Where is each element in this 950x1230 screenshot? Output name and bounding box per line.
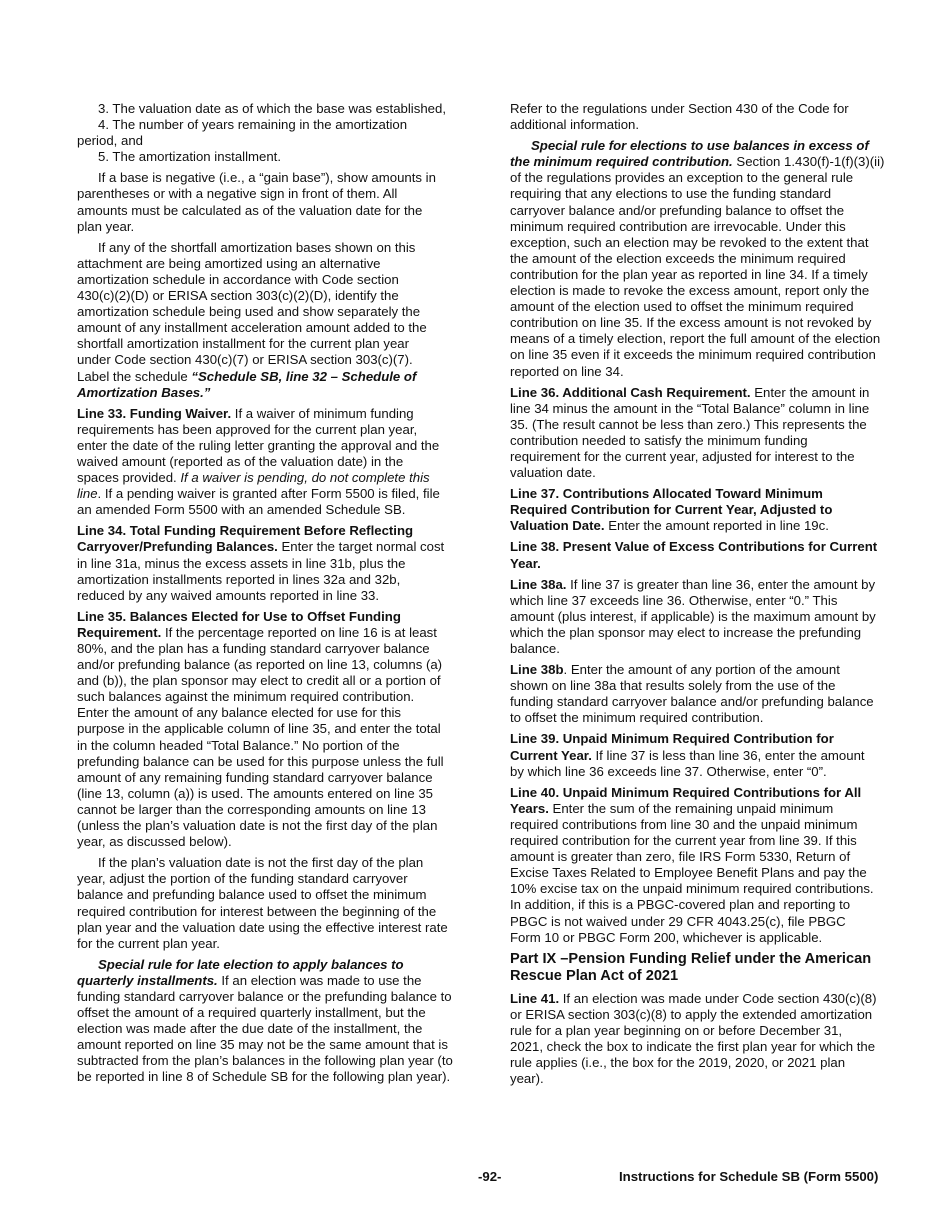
text-line: means of a timely election, report the f…	[510, 331, 920, 347]
text-line: amortization installments reported in li…	[77, 572, 487, 588]
text-line: which line 37 exceeds line 36. Otherwise…	[510, 593, 920, 609]
text-run: If an election was made to use the	[218, 973, 422, 988]
text-line: subtracted from the plan’s balances in t…	[77, 1053, 487, 1069]
text-run: If line 37 is greater than line 36, ente…	[566, 577, 875, 592]
line-41-heading: Line 41.	[510, 991, 559, 1006]
text-line: balance.	[510, 641, 920, 657]
text-line: amount of any remaining funding standard…	[77, 770, 487, 786]
text-line: enter the date of the ruling letter gran…	[77, 438, 487, 454]
text-line: be reported in line 8 of Schedule SB for…	[77, 1069, 487, 1085]
list-item: 5. The amortization installment.	[77, 149, 487, 165]
text-line: If a base is negative (i.e., a “gain bas…	[77, 170, 487, 186]
line-34-section: Line 34. Total Funding Requirement Befor…	[77, 523, 487, 603]
text-line: rule for a plan year beginning on or bef…	[510, 1023, 920, 1039]
text-line: line 34 minus the amount in the “Total B…	[510, 401, 920, 417]
line-38-heading: Line 38. Present Value of Excess Contrib…	[510, 539, 920, 555]
line-38b-heading: Line 38b	[510, 662, 564, 677]
text-run: Enter the sum of the remaining unpaid mi…	[549, 801, 833, 816]
amortization-list: 3. The valuation date as of which the ba…	[77, 101, 487, 165]
text-run: Section 1.430(f)-1(f)(3)(ii)	[733, 154, 885, 169]
text-line: attachment are being amortized using an …	[77, 256, 487, 272]
text-line: an amended Form 5500 with an amended Sch…	[77, 502, 487, 518]
line-35-section: Line 35. Balances Elected for Use to Off…	[77, 609, 487, 850]
text-line: 430(c)(2)(D) or ERISA section 303(c)(2)(…	[77, 288, 487, 304]
text-line: of the regulations provides an exception…	[510, 170, 920, 186]
text-line: requirements has been approved for the c…	[77, 422, 487, 438]
text-line: the amount of the election exceeds the m…	[510, 251, 920, 267]
text-line: (unless the plan’s valuation date is not…	[77, 818, 487, 834]
text-line: for the current plan year.	[77, 936, 487, 952]
alternative-schedule-paragraph: If any of the shortfall amortization bas…	[77, 240, 487, 401]
late-election-heading: Special rule for late election to apply …	[77, 957, 487, 973]
text-line: which the plan sponsor may elect to incr…	[510, 625, 920, 641]
text-line: reduced by any waived amounts reported i…	[77, 588, 487, 604]
text-line: Excise Taxes Related to Employee Benefit…	[510, 865, 920, 881]
text-line: spaces provided. If a waiver is pending,…	[77, 470, 487, 486]
line-37-heading: Required Contribution for Current Year, …	[510, 502, 920, 518]
late-election-section: Special rule for late election to apply …	[77, 957, 487, 1086]
text-line: Line 36. Additional Cash Requirement. En…	[510, 385, 920, 401]
text-run: Enter the target normal cost	[278, 539, 444, 554]
text-line: contribution on line 35. If the excess a…	[510, 315, 920, 331]
text-line: amount (plus interest, if applicable) is…	[510, 609, 920, 625]
text-run: If line 37 is less than line 36, enter t…	[592, 748, 865, 763]
text-run: If a waiver of minimum funding	[231, 406, 414, 421]
text-line: exception, such an election may be revok…	[510, 235, 920, 251]
text-line: Years. Enter the sum of the remaining un…	[510, 801, 920, 817]
line-36-heading: Line 36. Additional Cash Requirement.	[510, 385, 751, 400]
text-line: amount is greater than zero, file IRS Fo…	[510, 849, 920, 865]
text-line: in the column headed “Total Balance.” No…	[77, 738, 487, 754]
list-item: 4. The number of years remaining in the …	[77, 117, 487, 133]
line-37-section: Line 37. Contributions Allocated Toward …	[510, 486, 920, 534]
text-line: waived amount (reported as of the valuat…	[77, 454, 487, 470]
text-line: election was made after the due date of …	[77, 1021, 487, 1037]
text-line: 2021, check the box to indicate the firs…	[510, 1039, 920, 1055]
text-line: the minimum required contribution. Secti…	[510, 154, 920, 170]
excess-election-heading: the minimum required contribution.	[510, 154, 733, 169]
text-line: election is made to revoke the excess am…	[510, 283, 920, 299]
excess-election-heading: Special rule for elections to use balanc…	[510, 138, 920, 154]
text-line: amount of any installment acceleration a…	[77, 320, 487, 336]
text-line: PBGC is not waived under 29 CFR 4043.25(…	[510, 914, 920, 930]
text-line: 80%, and the plan has a funding standard…	[77, 641, 487, 657]
text-run: If an election was made under Code secti…	[559, 991, 876, 1006]
line-38a-heading: Line 38a.	[510, 577, 566, 592]
text-line: year).	[510, 1071, 920, 1087]
valuation-date-paragraph: If the plan’s valuation date is not the …	[77, 855, 487, 952]
line-34-heading: Line 34. Total Funding Requirement Befor…	[77, 523, 487, 539]
line-38b-section: Line 38b. Enter the amount of any portio…	[510, 662, 920, 726]
text-line: year, as discussed below).	[77, 834, 487, 850]
schedule-label-prefix: Label the schedule	[77, 369, 191, 384]
text-run: . Enter the amount of any portion of the…	[564, 662, 840, 677]
text-line: year, adjust the portion of the funding …	[77, 871, 487, 887]
schedule-label-name: “Schedule SB, line 32 – Schedule of	[191, 369, 416, 384]
text-line: and/or prefunding balance (as reported o…	[77, 657, 487, 673]
text-run: spaces provided.	[77, 470, 180, 485]
text-line: amounts must be calculated as of the val…	[77, 203, 487, 219]
text-line: offset the amount of a required quarterl…	[77, 1005, 487, 1021]
text-line: or ERISA section 303(c)(8) to apply the …	[510, 1007, 920, 1023]
text-line: If the plan’s valuation date is not the …	[77, 855, 487, 871]
text-line: 10% excise tax on the unpaid minimum req…	[510, 881, 920, 897]
text-line: contribution for the plan year as report…	[510, 267, 920, 283]
gain-base-paragraph: If a base is negative (i.e., a “gain bas…	[77, 170, 487, 234]
text-line: amortization schedule being used and sho…	[77, 304, 487, 320]
excess-election-section: Special rule for elections to use balanc…	[510, 138, 920, 379]
text-line: Line 38a. If line 37 is greater than lin…	[510, 577, 920, 593]
text-line: funding standard carryover balance and/o…	[510, 694, 920, 710]
text-line: rule applies (i.e., the box for the 2019…	[510, 1055, 920, 1071]
line-38-section: Line 38. Present Value of Excess Contrib…	[510, 539, 920, 571]
text-run: Enter the amount reported in line 19c.	[605, 518, 829, 533]
part-heading-line: Rescue Plan Act of 2021	[510, 968, 920, 986]
line-37-heading: Line 37. Contributions Allocated Toward …	[510, 486, 920, 502]
text-line: by which line 36 exceeds line 37. Otherw…	[510, 764, 920, 780]
text-line: prefunding balance can be used for this …	[77, 754, 487, 770]
text-line: valuation date.	[510, 465, 920, 481]
line-40-section: Line 40. Unpaid Minimum Required Contrib…	[510, 785, 920, 946]
line-37-heading: Valuation Date.	[510, 518, 605, 533]
text-line: line. If a pending waiver is granted aft…	[77, 486, 487, 502]
text-line: Line 33. Funding Waiver. If a waiver of …	[77, 406, 487, 422]
line-40-heading: Line 40. Unpaid Minimum Required Contrib…	[510, 785, 920, 801]
text-line: Line 38b. Enter the amount of any portio…	[510, 662, 920, 678]
text-line: requirement for the current year, adjust…	[510, 449, 920, 465]
italic-note: If a waiver is pending, do not complete …	[180, 470, 429, 485]
line-39-heading: Line 39. Unpaid Minimum Required Contrib…	[510, 731, 920, 747]
text-line: shortfall amortization installment for t…	[77, 336, 487, 352]
line-39-section: Line 39. Unpaid Minimum Required Contrib…	[510, 731, 920, 779]
schedule-label-name: Amortization Bases.”	[77, 385, 487, 401]
text-line: Enter the amount of any balance elected …	[77, 705, 487, 721]
text-line: required contribution for interest betwe…	[77, 904, 487, 920]
list-item-continuation: period, and	[77, 133, 487, 149]
text-line: minimum required contribution are irrevo…	[510, 219, 920, 235]
text-line: In addition, if this is a PBGC-covered p…	[510, 897, 920, 913]
text-line: amount reported on line 35 may not be th…	[77, 1037, 487, 1053]
text-line: If any of the shortfall amortization bas…	[77, 240, 487, 256]
line-41-section: Line 41. If an election was made under C…	[510, 991, 920, 1088]
text-line: Refer to the regulations under Section 4…	[510, 101, 920, 117]
text-line: 35. (The result cannot be less than zero…	[510, 417, 920, 433]
line-33-section: Line 33. Funding Waiver. If a waiver of …	[77, 406, 487, 519]
line-34-heading: Carryover/Prefunding Balances.	[77, 539, 278, 554]
text-line: to offset the minimum required contribut…	[510, 710, 920, 726]
footer-document-title: Instructions for Schedule SB (Form 5500)	[619, 1169, 878, 1184]
italic-note: line	[77, 486, 98, 501]
text-line: requiring that any elections to use the …	[510, 186, 920, 202]
text-line: Current Year. If line 37 is less than li…	[510, 748, 920, 764]
line-40-heading: Years.	[510, 801, 549, 816]
text-line: (line 13, column (a)) is used. The amoun…	[77, 786, 487, 802]
text-run: If the percentage reported on line 16 is…	[161, 625, 437, 640]
text-run: Enter the amount in	[751, 385, 870, 400]
text-line: carryover balance and/or prefunding bala…	[510, 203, 920, 219]
text-line: Line 41. If an election was made under C…	[510, 991, 920, 1007]
line-38a-section: Line 38a. If line 37 is greater than lin…	[510, 577, 920, 657]
text-line: quarterly installments. If an election w…	[77, 973, 487, 989]
text-line: and (b)), the plan sponsor may elect to …	[77, 673, 487, 689]
text-line: plan year.	[77, 219, 487, 235]
text-line: such balances against the minimum requir…	[77, 689, 487, 705]
text-line: in line 31a, minus the excess assets in …	[77, 556, 487, 572]
right-column: Refer to the regulations under Section 4…	[510, 101, 920, 1092]
text-line: under Code section 430(c)(7) or ERISA se…	[77, 352, 487, 368]
text-line: amortization schedule in accordance with…	[77, 272, 487, 288]
text-line: funding standard carryover balance or th…	[77, 989, 487, 1005]
part-ix-heading: Part IX –Pension Funding Relief under th…	[510, 951, 920, 986]
line-38-heading: Year.	[510, 556, 920, 572]
left-column: 3. The valuation date as of which the ba…	[77, 101, 487, 1091]
line-36-section: Line 36. Additional Cash Requirement. En…	[510, 385, 920, 482]
text-line: purpose in the applicable column of line…	[77, 721, 487, 737]
part-heading-line: Part IX –Pension Funding Relief under th…	[510, 951, 920, 969]
text-line: parentheses or with a negative sign in f…	[77, 186, 487, 202]
list-item: 3. The valuation date as of which the ba…	[77, 101, 487, 117]
text-line: plan year and the valuation date using t…	[77, 920, 487, 936]
late-election-heading: quarterly installments.	[77, 973, 218, 988]
refer-paragraph: Refer to the regulations under Section 4…	[510, 101, 920, 133]
text-line: Label the schedule “Schedule SB, line 32…	[77, 369, 487, 385]
text-run: . If a pending waiver is granted after F…	[98, 486, 440, 501]
text-line: shown on line 38a that results solely fr…	[510, 678, 920, 694]
text-line: amount of the election used to offset th…	[510, 299, 920, 315]
line-35-heading: Requirement.	[77, 625, 161, 640]
page-number: -92-	[478, 1169, 501, 1184]
text-line: Form 10 or PBGC Form 200, whichever is a…	[510, 930, 920, 946]
text-line: balance and prefunding balance used to o…	[77, 887, 487, 903]
text-line: Carryover/Prefunding Balances. Enter the…	[77, 539, 487, 555]
line-35-heading: Line 35. Balances Elected for Use to Off…	[77, 609, 487, 625]
text-line: required contribution for the current ye…	[510, 833, 920, 849]
line-33-heading: Line 33. Funding Waiver.	[77, 406, 231, 421]
text-line: reported on line 34.	[510, 364, 920, 380]
text-line: contribution needed to satisfy the minim…	[510, 433, 920, 449]
text-line: Valuation Date. Enter the amount reporte…	[510, 518, 920, 534]
text-line: required contributions from line 30 and …	[510, 817, 920, 833]
line-39-heading: Current Year.	[510, 748, 592, 763]
text-line: additional information.	[510, 117, 920, 133]
text-line: on line 35 even if it exceeds the minimu…	[510, 347, 920, 363]
text-line: Requirement. If the percentage reported …	[77, 625, 487, 641]
text-line: cannot be larger than the corresponding …	[77, 802, 487, 818]
